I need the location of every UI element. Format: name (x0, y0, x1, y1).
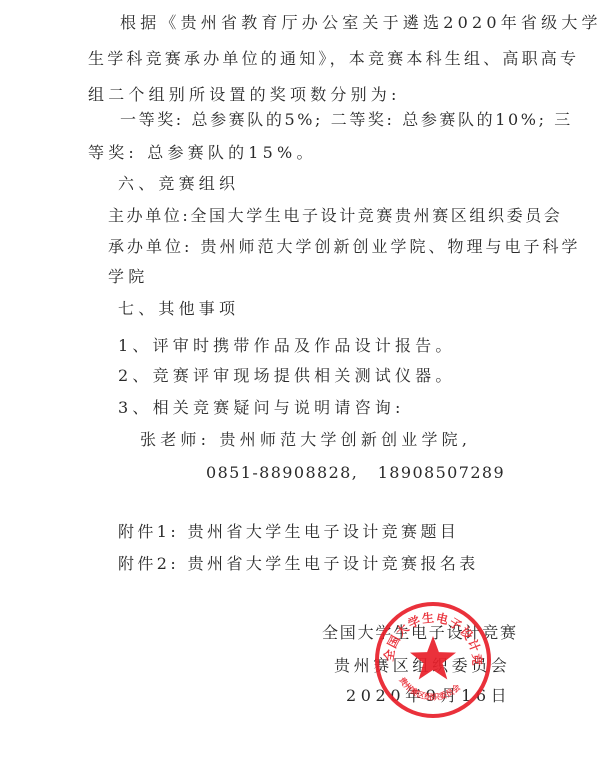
intro-line-3: 组二个组别所设置的奖项数分别为: (88, 85, 401, 105)
section7-heading: 七、其他事项 (118, 299, 239, 319)
organizer-value: 全国大学生电子设计竞赛贵州赛区组织委员会 (190, 206, 562, 225)
contact-line: 张老师: 贵州师范大学创新创业学院, (140, 430, 471, 450)
section6-heading: 六、竞赛组织 (118, 174, 239, 194)
item-3: 3、相关竞赛疑问与说明请咨询: (118, 398, 405, 418)
organizer-label: 主办单位: (108, 206, 190, 225)
awards-line-1: 一等奖: 总参赛队的5%; 二等奖: 总参赛队的10%; 三 (120, 110, 573, 130)
attachment-2: 附件2: 贵州省大学生电子设计竞赛报名表 (118, 554, 479, 574)
signature-org-line-1: 全国大学生电子设计竞赛 (322, 623, 518, 643)
host-line-1: 承办单位: 贵州师范大学创新创业学院、物理与电子科学 (108, 237, 581, 257)
signature-date: 2020年9月16日 (346, 686, 511, 706)
item-2: 2、竞赛评审现场提供相关测试仪器。 (118, 366, 456, 386)
host-label: 承办单位: (108, 237, 192, 256)
host-line-2: 学院 (108, 267, 148, 287)
signature-org-line-2: 贵州赛区组织委员会 (334, 656, 510, 676)
awards-line-2: 等奖: 总参赛队的15%。 (88, 143, 317, 163)
intro-line-2: 生学科竞赛承办单位的通知》，本竞赛本科生组、高职高专 (88, 49, 579, 69)
contact-phones: 0851-88908828, 18908507289 (206, 463, 505, 483)
attachment-1: 附件1: 贵州省大学生电子设计竞赛题目 (118, 522, 459, 542)
intro-line-1: 根据《贵州省教育厅办公室关于遴选2020年省级大学 (120, 13, 601, 33)
item-1: 1、评审时携带作品及作品设计报告。 (118, 336, 456, 356)
organizer-line: 主办单位:全国大学生电子设计竞赛贵州赛区组织委员会 (108, 206, 562, 226)
host-value: 贵州师范大学创新创业学院、物理与电子科学 (201, 237, 581, 256)
